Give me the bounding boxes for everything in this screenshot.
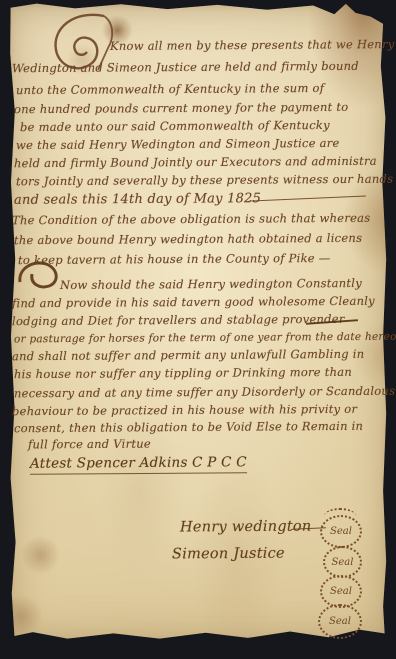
seal-stamp: Seal: [318, 604, 362, 639]
covenant-line: consent, then this obligation to be Void…: [14, 421, 363, 435]
bond-line: unto the Commonwealth of Kentucky in the…: [16, 83, 324, 97]
bond-line: Wedington and Simeon Justice are held an…: [12, 61, 359, 75]
seal-stamp: Seal: [323, 546, 362, 578]
signature-simeon-justice: Simeon Justice: [172, 547, 285, 562]
bond-date-line: and seals this 14th day of May 1825: [14, 192, 261, 207]
bond-line: one hundred pounds current money for the…: [14, 102, 349, 116]
seal-stamp: Seal: [320, 515, 362, 548]
seal-label: Seal: [330, 526, 352, 537]
document-photo: Know all men by these presents that we H…: [0, 0, 396, 659]
covenant-line: full force and Virtue: [28, 439, 151, 451]
condition-line: the above bound Henry wedington hath obt…: [14, 233, 362, 247]
covenant-line: behaviour to be practized in his house w…: [12, 404, 357, 418]
covenant-line: or pasturage for horses for the term of …: [14, 332, 396, 345]
seal-label: Seal: [330, 586, 352, 597]
attest-line: Attest Spencer Adkins C P C C: [30, 456, 247, 474]
seal-label: Seal: [332, 557, 354, 568]
covenant-line: and shall not suffer and permit any unla…: [12, 349, 364, 363]
covenant-line: Now should the said Henry wedington Cons…: [60, 278, 362, 292]
condition-line: The Condition of the above obligation is…: [12, 213, 370, 227]
bond-line: tors Jointly and severally by these pres…: [16, 174, 393, 188]
bond-line: be made unto our said Commonwealth of Ke…: [20, 120, 330, 134]
covenant-line: lodging and Diet for travellers and stab…: [12, 314, 345, 328]
covenant-line: necessary and at any time suffer any Dis…: [14, 386, 395, 400]
bond-line: Know all men by these presents that we H…: [110, 39, 395, 52]
bond-line: held and firmly Bound Jointly our Execut…: [14, 156, 377, 170]
bond-line: we the said Henry Wedington and Simeon J…: [16, 138, 340, 152]
signature-henry-wedington: Henry wedington: [180, 520, 312, 535]
covenant-line: his house nor suffer any tippling or Dri…: [14, 367, 352, 381]
covenant-line: find and provide in his said tavern good…: [12, 296, 375, 310]
seal-label: Seal: [329, 616, 351, 627]
